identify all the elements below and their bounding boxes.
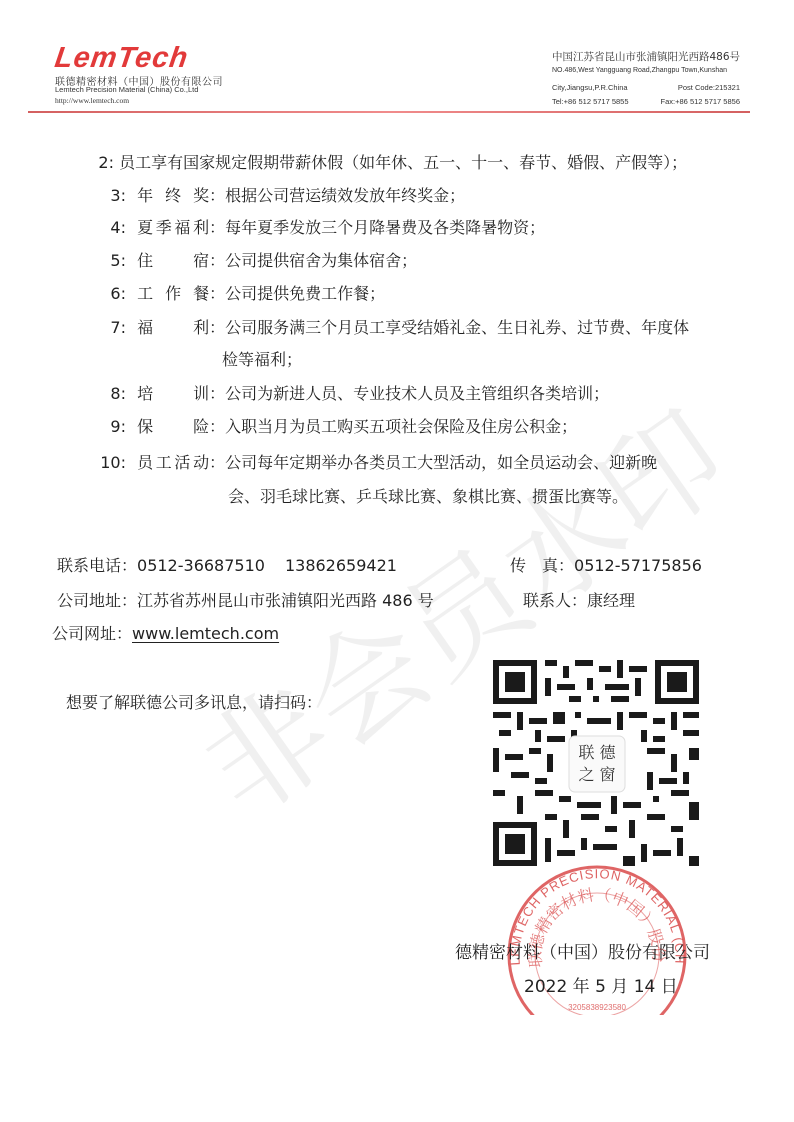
header-url: http://www.lemtech.com <box>55 96 129 105</box>
benefit-text: 公司提供宿舍为集体宿舍； <box>225 251 417 270</box>
header-fax: Fax:+86 512 5717 5856 <box>661 97 740 106</box>
benefit-item-5: 5: 住宿：公司提供宿舍为集体宿舍； <box>96 251 417 271</box>
benefit-item-8: 8: 培训：公司为新进人员、专业技术人员及主管组织各类培训； <box>96 384 609 404</box>
contact-website-row: 公司网址：www.lemtech.com <box>52 624 279 644</box>
benefit-text: 根据公司营运绩效发放年终奖金； <box>225 186 465 205</box>
benefit-label: 培训 <box>137 384 209 404</box>
company-name-en: Lemtech Precision Material (China) Co.,L… <box>55 85 198 94</box>
benefit-text: 公司为新进人员、专业技术人员及主管组织各类培训； <box>225 384 609 403</box>
benefit-item-2: 2: 员工享有国家规定假期带薪休假（如年休、五一、十一、春节、婚假、产假等）； <box>96 153 687 173</box>
svg-text:联 德: 联 德 <box>578 743 616 762</box>
benefit-item-10-cont: 会、羽毛球比赛、乒乓球比赛、象棋比赛、掼蛋比赛等。 <box>228 487 628 507</box>
contact-address-row: 公司地址：江苏省苏州昆山市张浦镇阳光西路 486 号 <box>57 591 434 611</box>
benefit-item-9: 9: 保险：入职当月为员工购买五项社会保险及住房公积金； <box>96 417 577 437</box>
website-link[interactable]: www.lemtech.com <box>132 624 279 643</box>
header-address-city: City,Jiangsu,P.R.China <box>552 83 628 92</box>
fax-label: 传 真： <box>510 556 574 575</box>
benefit-item-4: 4: 夏季福利：每年夏季发放三个月降暑费及各类降暑物资； <box>96 218 545 238</box>
benefit-text: 入职当月为员工购买五项社会保险及住房公积金； <box>225 417 577 436</box>
company-logo: LemTech <box>53 44 190 72</box>
benefit-label: 福利 <box>137 318 209 338</box>
website-label: 公司网址： <box>52 624 132 643</box>
address-value: 江苏省苏州昆山市张浦镇阳光西路 486 号 <box>137 591 434 610</box>
benefit-item-7: 7: 福利：公司服务满三个月员工享受结婚礼金、生日礼券、过节费、年度体 <box>96 318 689 338</box>
header-address-row: City,Jiangsu,P.R.China Post Code:215321 <box>552 83 740 92</box>
contact-phone-row: 联系电话：0512-3668751013862659421 <box>57 556 397 576</box>
contact-person-row: 联系人：康经理 <box>523 591 635 611</box>
benefit-text: 员工享有国家规定假期带薪休假（如年休、五一、十一、春节、婚假、产假等）； <box>119 153 687 172</box>
phone-2: 13862659421 <box>285 556 397 575</box>
qr-code[interactable]: 联 德 之 窗 <box>493 660 699 866</box>
benefit-item-10: 10: 员工活动：公司每年定期举办各类员工大型活动，如全员运动会、迎新晚 <box>92 453 657 473</box>
svg-text:3205838923580: 3205838923580 <box>568 1003 626 1012</box>
benefit-label: 住宿 <box>137 251 209 271</box>
benefit-label: 年终奖 <box>137 186 209 206</box>
benefit-text: 公司服务满三个月员工享受结婚礼金、生日礼券、过节费、年度体 <box>225 318 689 337</box>
signature-date: 2022 年 5 月 14 日 <box>524 972 678 997</box>
benefit-item-7-cont: 检等福利； <box>222 350 302 370</box>
phone-1: 0512-36687510 <box>137 556 265 575</box>
benefit-label: 员工活动 <box>137 453 209 473</box>
header-postcode: Post Code:215321 <box>678 83 740 92</box>
qr-prompt: 想要了解联德公司多讯息，请扫码： <box>66 693 322 713</box>
benefit-text: 公司提供免费工作餐； <box>225 284 385 303</box>
svg-text:之 窗: 之 窗 <box>578 765 615 784</box>
benefit-text: 公司每年定期举办各类员工大型活动，如全员运动会、迎新晚 <box>225 453 657 472</box>
benefit-item-3: 3: 年终奖：根据公司营运绩效发放年终奖金； <box>96 186 465 206</box>
header-tel-fax-row: Tel:+86 512 5717 5855 Fax:+86 512 5717 5… <box>552 97 740 106</box>
qr-code-graphic: 联 德 之 窗 <box>493 660 699 866</box>
benefit-item-6: 6: 工作餐：公司提供免费工作餐； <box>96 284 385 304</box>
contact-person-value: 康经理 <box>587 591 635 610</box>
address-label: 公司地址： <box>57 591 137 610</box>
header-address-en: NO.486,West Yangguang Road,Zhangpu Town,… <box>552 67 727 74</box>
header-address-cn: 中国江苏省昆山市张浦镇阳光西路486号 <box>552 49 740 64</box>
benefit-label: 夏季福利 <box>137 218 209 238</box>
signature-company: 德精密材料（中国）股份有限公司 <box>455 938 710 963</box>
benefit-text: 每年夏季发放三个月降暑费及各类降暑物资； <box>225 218 545 237</box>
header-tel: Tel:+86 512 5717 5855 <box>552 97 629 106</box>
fax-number: 0512-57175856 <box>574 556 702 575</box>
contact-person-label: 联系人： <box>523 591 587 610</box>
benefit-label: 保险 <box>137 417 209 437</box>
benefit-label: 工作餐 <box>137 284 209 304</box>
phone-label: 联系电话： <box>57 556 137 575</box>
header-divider <box>28 111 750 113</box>
contact-fax-row: 传 真：0512-57175856 <box>510 556 702 576</box>
